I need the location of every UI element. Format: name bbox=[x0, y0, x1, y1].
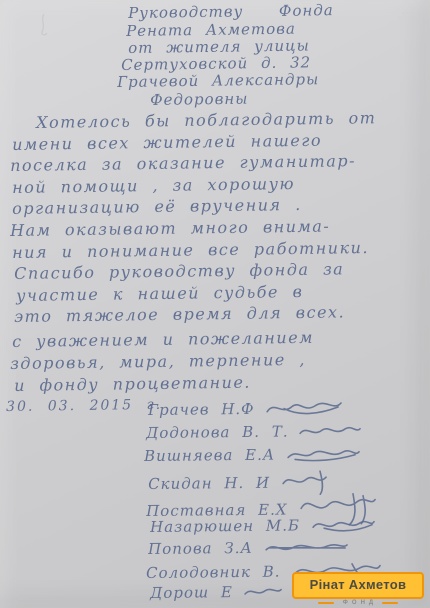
body-line: ной помощи , за хорошую bbox=[12, 174, 295, 197]
signature-flourish bbox=[310, 515, 376, 536]
closing-line: здоровья, мира, терпение , bbox=[10, 350, 306, 373]
body-line: Нам оказывают много внима- bbox=[10, 217, 330, 240]
signatory-name: Назарюшен М.Б bbox=[150, 516, 300, 536]
header-line: Грачевой Александры bbox=[117, 70, 319, 91]
logo-right-line bbox=[382, 602, 398, 604]
body-line: участие к нашей судьбе в bbox=[16, 282, 303, 305]
signature-flourish bbox=[264, 398, 344, 419]
signature-flourish bbox=[285, 445, 361, 464]
signatory-name: Скидан Н. И bbox=[148, 474, 270, 493]
signature-row: Попова З.А bbox=[148, 538, 349, 558]
signatory-name: Вишняева Е.А bbox=[144, 446, 275, 465]
signature-row: Додонова В. Т. bbox=[146, 422, 363, 442]
foundation-logo: Рінат Ахметов ФОНД bbox=[292, 572, 424, 606]
scanned-letter-page: Руководству Фонда Рената Ахметова от жит… bbox=[0, 0, 430, 608]
signature-row: Грачев Н.Ф bbox=[148, 398, 345, 420]
signature-row: Вишняева Е.А bbox=[144, 445, 361, 465]
body-line: поселка за оказание гуманитар- bbox=[10, 151, 356, 175]
foundation-logo-subtitle-row: ФОНД bbox=[292, 600, 424, 606]
body-line: ния и понимание все работники. bbox=[12, 238, 369, 262]
body-line: это тяжелое время для всех. bbox=[14, 302, 345, 326]
header-line: Федоровны bbox=[150, 90, 249, 109]
letter-date: 30. 03. 2015 г. bbox=[6, 397, 162, 415]
body-line: организацию её вручения . bbox=[12, 195, 302, 218]
header-line: Руководству Фонда bbox=[128, 1, 334, 22]
signatory-name: Додонова В. Т. bbox=[146, 423, 289, 442]
closing-line: с уважением и пожеланием bbox=[12, 328, 314, 351]
foundation-logo-box: Рінат Ахметов bbox=[292, 572, 424, 599]
faint-pen-mark-icon bbox=[30, 12, 60, 38]
signature-flourish bbox=[243, 585, 283, 599]
signatory-name: Грачев Н.Ф bbox=[148, 400, 255, 419]
signatory-name: Попова З.А bbox=[148, 539, 253, 558]
body-line: Спасибо руководству фонда за bbox=[14, 259, 344, 283]
signatory-name: Солодовник В. bbox=[146, 563, 281, 582]
signature-row: Дорош Е bbox=[150, 583, 283, 602]
foundation-logo-title: Рінат Ахметов bbox=[310, 577, 407, 592]
signature-flourish bbox=[263, 539, 349, 556]
closing-line: и фонду процветание. bbox=[14, 373, 251, 395]
foundation-logo-subtitle: ФОНД bbox=[339, 600, 377, 606]
logo-left-line bbox=[318, 602, 334, 604]
body-line: Хотелось бы поблагодарить от bbox=[36, 108, 377, 132]
signature-row: Назарюшен М.Б bbox=[150, 515, 376, 537]
signatory-name: Дорош Е bbox=[150, 583, 233, 602]
body-line: имени всех жителей нашего bbox=[12, 131, 322, 154]
signature-flourish bbox=[298, 423, 362, 440]
